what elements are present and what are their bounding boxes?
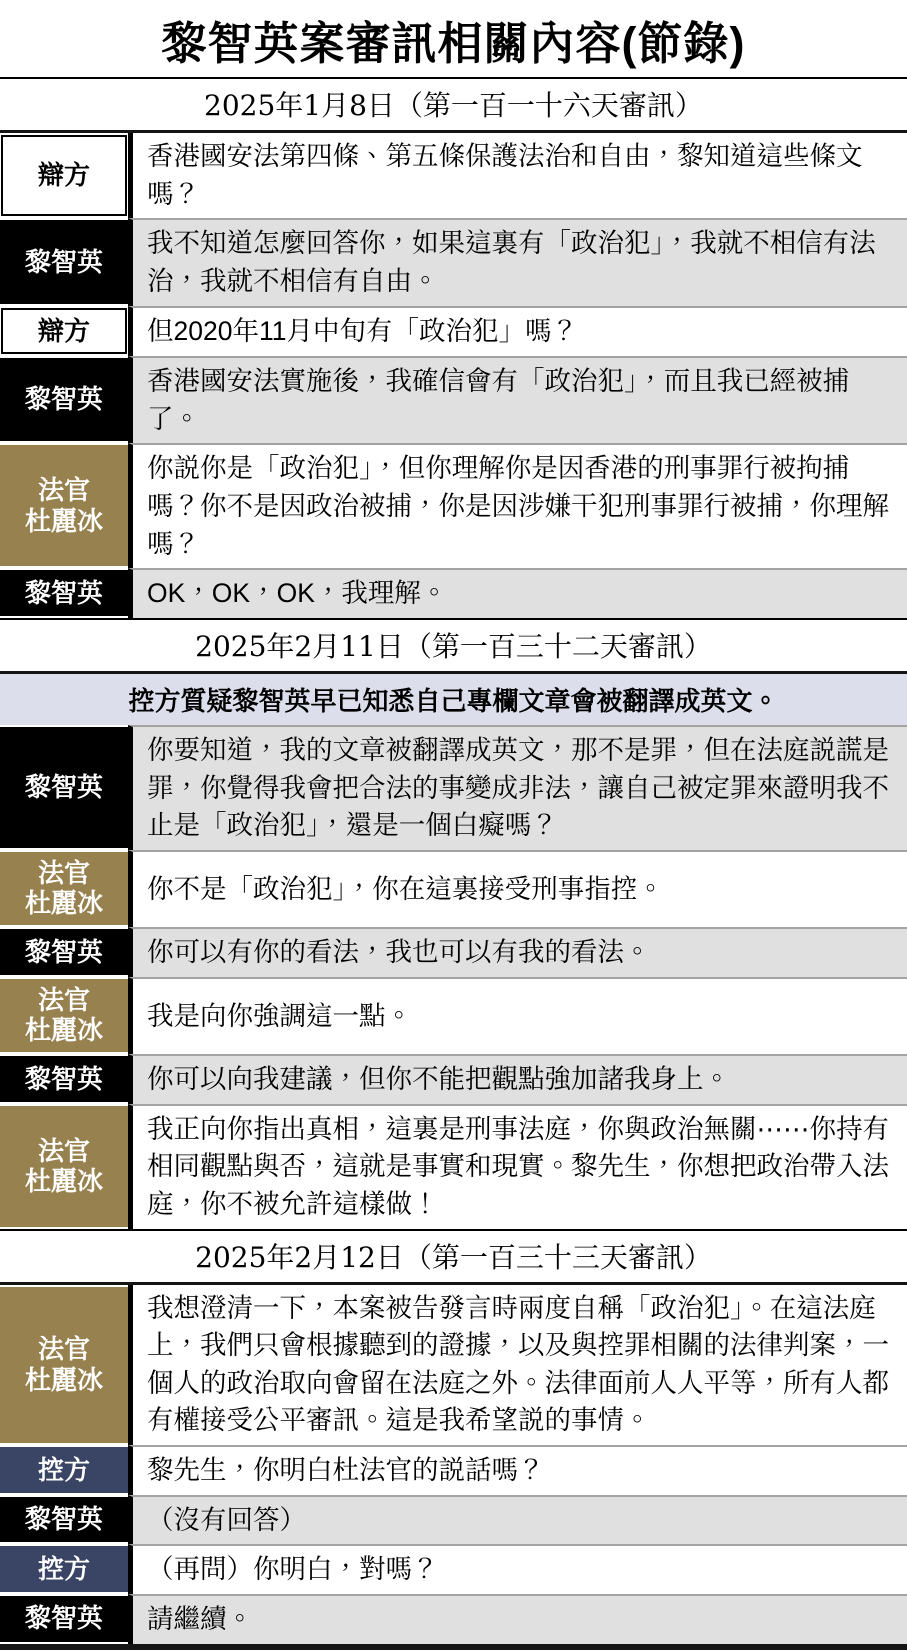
dialog-row-defense: 辯方但2020年11月中旬有「政治犯」嗎？ — [0, 306, 907, 357]
dialog-text: OK，OK，OK，我理解。 — [128, 568, 907, 618]
speaker-label-judge: 法官 杜麗冰 — [0, 979, 128, 1052]
dialog-row-lai: 黎智英你可以有你的看法，我也可以有我的看法。 — [0, 927, 907, 977]
dialog-text: 我想澄清一下，本案被告發言時兩度自稱「政治犯」。在這法庭上，我們只會根據聽到的證… — [128, 1285, 907, 1446]
dialog-text: 你可以有你的看法，我也可以有我的看法。 — [128, 927, 907, 977]
speaker-label-column: 控方 — [0, 1544, 128, 1594]
speaker-label-judge: 法官 杜麗冰 — [0, 1287, 128, 1444]
speaker-label-lai: 黎智英 — [0, 1056, 128, 1102]
dialog-text: 我正向你指出真相，這裏是刑事法庭，你與政治無關⋯⋯你持有相同觀點與否，這就是事實… — [128, 1104, 907, 1229]
speaker-label-column: 法官 杜麗冰 — [0, 1104, 128, 1229]
dialog-text: 你不是「政治犯」，你在這裏接受刑事指控。 — [128, 850, 907, 927]
speaker-label-column: 控方 — [0, 1445, 128, 1495]
dialog-row-lai: 黎智英香港國安法實施後，我確信會有「政治犯」，而且我已經被捕了。 — [0, 356, 907, 443]
dialog-row-lai: 黎智英請繼續。 — [0, 1594, 907, 1644]
speaker-label-prosecution: 控方 — [0, 1447, 128, 1493]
dialog-row-judge: 法官 杜麗冰我正向你指出真相，這裏是刑事法庭，你與政治無關⋯⋯你持有相同觀點與否… — [0, 1104, 907, 1229]
dialog-row-lai: 黎智英（沒有回答） — [0, 1495, 907, 1545]
speaker-label-lai: 黎智英 — [0, 358, 128, 441]
dialog-text: （再問）你明白，對嗎？ — [128, 1544, 907, 1594]
speaker-label-lai: 黎智英 — [0, 1596, 128, 1642]
dialog-text: （沒有回答） — [128, 1495, 907, 1545]
dialog-table: 2025年1月8日（第一百一十六天審訊）辯方香港國安法第四條、第五條保護法治和自… — [0, 77, 907, 1644]
dialog-row-lai: 黎智英你要知道，我的文章被翻譯成英文，那不是罪，但在法庭説謊是罪，你覺得我會把合… — [0, 725, 907, 850]
dialog-text: 你要知道，我的文章被翻譯成英文，那不是罪，但在法庭説謊是罪，你覺得我會把合法的事… — [128, 725, 907, 850]
speaker-label-column: 辯方 — [0, 133, 128, 218]
date-header: 2025年2月11日（第一百三十二天審訊） — [0, 618, 907, 674]
page-title: 黎智英案審訊相關內容(節錄) — [0, 0, 907, 77]
dialog-text: 黎先生，你明白杜法官的説話嗎？ — [128, 1445, 907, 1495]
dialog-text: 但2020年11月中旬有「政治犯」嗎？ — [128, 306, 907, 357]
speaker-label-column: 黎智英 — [0, 1495, 128, 1545]
dialog-row-judge: 法官 杜麗冰我是向你強調這一點。 — [0, 977, 907, 1054]
speaker-label-column: 黎智英 — [0, 568, 128, 618]
speaker-label-column: 法官 杜麗冰 — [0, 1285, 128, 1446]
speaker-label-column: 法官 杜麗冰 — [0, 977, 128, 1054]
speaker-label-column: 黎智英 — [0, 218, 128, 305]
dialog-row-defense: 辯方香港國安法第四條、第五條保護法治和自由，黎知道這些條文嗎？ — [0, 133, 907, 218]
dialog-text: 我是向你強調這一點。 — [128, 977, 907, 1054]
speaker-label-judge: 法官 杜麗冰 — [0, 1106, 128, 1227]
speaker-label-lai: 黎智英 — [0, 1497, 128, 1543]
speaker-label-column: 黎智英 — [0, 725, 128, 850]
speaker-label-judge: 法官 杜麗冰 — [0, 445, 128, 566]
trial-transcript-table: 黎智英案審訊相關內容(節錄) 2025年1月8日（第一百一十六天審訊）辯方香港國… — [0, 0, 907, 1650]
dialog-row-judge: 法官 杜麗冰你説你是「政治犯」，但你理解你是因香港的刑事罪行被拘捕嗎？你不是因政… — [0, 443, 907, 568]
speaker-label-judge: 法官 杜麗冰 — [0, 852, 128, 925]
dialog-row-prosecution: 控方（再問）你明白，對嗎？ — [0, 1544, 907, 1594]
dialog-text: 我不知道怎麼回答你，如果這裏有「政治犯」，我就不相信有法治，我就不相信有自由。 — [128, 218, 907, 305]
bottom-divider-bar — [0, 1644, 907, 1650]
speaker-label-prosecution: 控方 — [0, 1546, 128, 1592]
speaker-label-column: 辯方 — [0, 306, 128, 357]
dialog-text: 請繼續。 — [128, 1594, 907, 1644]
speaker-label-lai: 黎智英 — [0, 570, 128, 616]
speaker-label-column: 法官 杜麗冰 — [0, 850, 128, 927]
speaker-label-lai: 黎智英 — [0, 929, 128, 975]
speaker-label-column: 法官 杜麗冰 — [0, 443, 128, 568]
dialog-row-lai: 黎智英我不知道怎麼回答你，如果這裏有「政治犯」，我就不相信有法治，我就不相信有自… — [0, 218, 907, 305]
speaker-label-defense: 辯方 — [1, 135, 127, 216]
dialog-row-lai: 黎智英你可以向我建議，但你不能把觀點強加諸我身上。 — [0, 1054, 907, 1104]
dialog-text: 你説你是「政治犯」，但你理解你是因香港的刑事罪行被拘捕嗎？你不是因政治被捕，你是… — [128, 443, 907, 568]
dialog-text: 香港國安法第四條、第五條保護法治和自由，黎知道這些條文嗎？ — [128, 133, 907, 218]
speaker-label-column: 黎智英 — [0, 356, 128, 443]
date-header: 2025年1月8日（第一百一十六天審訊） — [0, 77, 907, 133]
dialog-row-prosecution: 控方黎先生，你明白杜法官的説話嗎？ — [0, 1445, 907, 1495]
speaker-label-column: 黎智英 — [0, 927, 128, 977]
speaker-label-column: 黎智英 — [0, 1054, 128, 1104]
date-header: 2025年2月12日（第一百三十三天審訊） — [0, 1229, 907, 1285]
speaker-label-column: 黎智英 — [0, 1594, 128, 1644]
dialog-text: 你可以向我建議，但你不能把觀點強加諸我身上。 — [128, 1054, 907, 1104]
dialog-row-judge: 法官 杜麗冰我想澄清一下，本案被告發言時兩度自稱「政治犯」。在這法庭上，我們只會… — [0, 1285, 907, 1446]
speaker-label-lai: 黎智英 — [0, 727, 128, 848]
context-note: 控方質疑黎智英早已知悉自己專欄文章會被翻譯成英文。 — [0, 674, 907, 725]
speaker-label-defense: 辯方 — [1, 308, 127, 355]
dialog-row-lai: 黎智英OK，OK，OK，我理解。 — [0, 568, 907, 618]
dialog-text: 香港國安法實施後，我確信會有「政治犯」，而且我已經被捕了。 — [128, 356, 907, 443]
dialog-row-judge: 法官 杜麗冰你不是「政治犯」，你在這裏接受刑事指控。 — [0, 850, 907, 927]
speaker-label-lai: 黎智英 — [0, 220, 128, 303]
